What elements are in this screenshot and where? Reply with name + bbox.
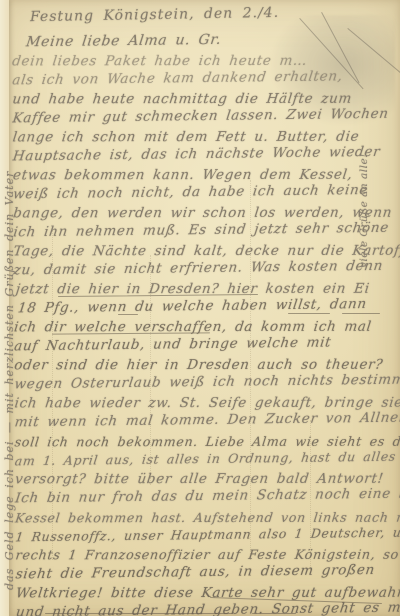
- handwriting-line: als ich von Wache kam dankend erhalten,: [11, 67, 400, 91]
- handwriting-line: Hauptsache ist, das ich nächste Woche wi…: [12, 143, 400, 167]
- handwriting-line: weiß ich noch nicht, da habe ich auch ke…: [12, 181, 400, 205]
- handwriting-line: wegen Osterurlaub weiß ich noch nichts b…: [13, 371, 400, 395]
- margin-note-left: das Geld lege ich bei — mit herzlichsten…: [3, 30, 16, 590]
- handwriting-line: ich ihn nehmen muß. Es sind jetzt sehr s…: [12, 219, 400, 243]
- handwriting-line: auf Nachturlaub, und bringe welche mit: [13, 333, 400, 357]
- handwriting-line: mit wenn ich mal komme. Den Zucker von A…: [13, 409, 400, 433]
- handwriting-line: Kaffee mir gut schmecken lassen. Zwei Wo…: [11, 105, 400, 129]
- dateline: Festung Königstein, den 2./4.: [30, 5, 279, 25]
- handwriting-line: zu, damit sie nicht erfrieren. Was koste…: [12, 257, 400, 281]
- margin-note-right: viele Grüße an alle!: [358, 128, 370, 268]
- handwriting-line: am 1. April aus, ist alles in Ordnung, h…: [14, 447, 400, 471]
- handwriting-line: Meine liebe Alma u. Gr.: [25, 29, 400, 53]
- handwriting-line: 18 Pfg., wenn du welche haben willst, da…: [17, 295, 400, 319]
- handwriting-line: sieht die Freundschaft aus, in diesem gr…: [15, 561, 400, 585]
- letter-body: Meine liebe Alma u. Gr. dein liebes Pake…: [12, 31, 400, 616]
- letter-page: Festung Königstein, den 2./4. Meine lieb…: [0, 0, 400, 616]
- handwriting-line: 1 Russenoffz., unser Hauptmann also 1 De…: [14, 523, 400, 547]
- handwriting-line: Ich bin nur froh das du mein Schatz noch…: [14, 485, 400, 509]
